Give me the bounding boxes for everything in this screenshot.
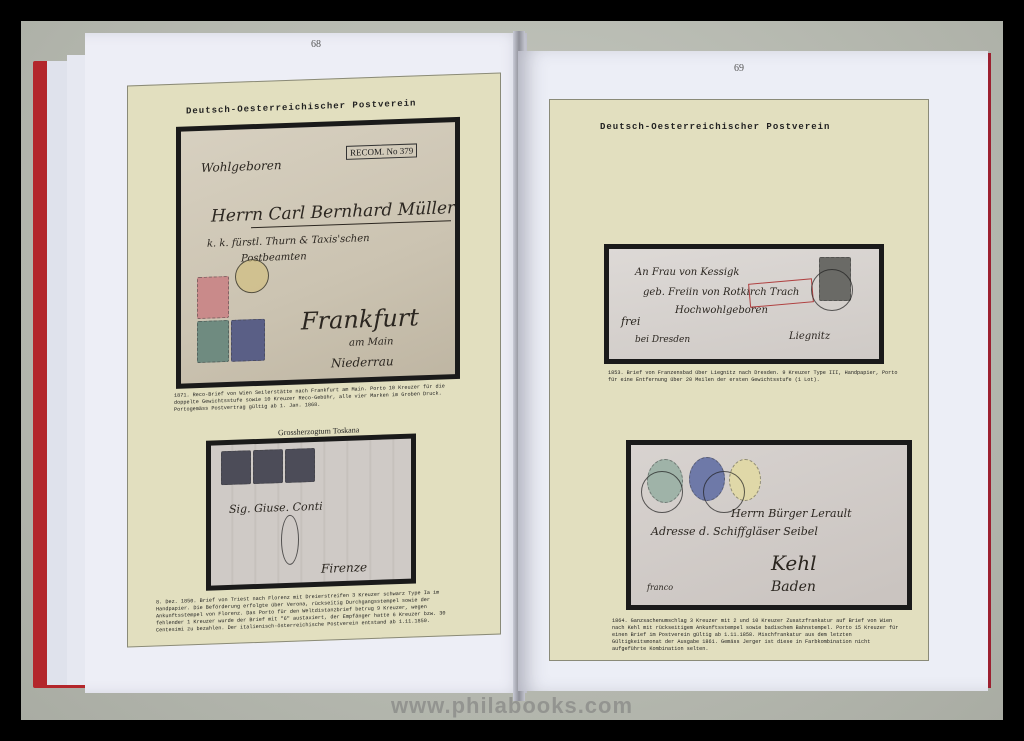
album-sheet-left: Deutsch-Oesterreichischer Postverein REC…	[127, 72, 501, 647]
address-line: franco	[647, 583, 673, 592]
address-line: Baden	[771, 579, 816, 595]
folded-letter: Sig. Giuse. Conti Firenze	[211, 439, 411, 586]
page-number: 69	[734, 63, 744, 74]
red-frame-cancel	[748, 278, 814, 307]
cover-frame: RECOM. No 379 Wohlgeboren Herrn Carl Ber…	[176, 117, 460, 389]
recom-label: RECOM. No 379	[346, 143, 417, 159]
address-line: Niederrau	[331, 354, 394, 370]
postmark	[641, 471, 683, 513]
address-line: Herrn Bürger Lerault	[731, 507, 852, 520]
sheet-title: Deutsch-Oesterreichischer Postverein	[600, 122, 830, 132]
sheet-title: Deutsch-Oesterreichischer Postverein	[186, 98, 416, 116]
postmark	[235, 259, 269, 294]
address-line: An Frau von Kessigk	[635, 267, 739, 278]
caption: 8. Dez. 1850. Brief von Triest nach Flor…	[156, 589, 446, 634]
stamp-black	[253, 449, 283, 484]
cover-frame: Herrn Bürger Lerault Adresse d. Schiffgl…	[626, 440, 912, 610]
address-line: am Main	[349, 336, 393, 349]
postmark	[811, 269, 853, 311]
address-line: Kehl	[771, 551, 817, 575]
letter-cover: An Frau von Kessigk geb. Freiin von Rotk…	[609, 249, 879, 359]
album-sheet-right: Deutsch-Oesterreichischer Postverein An …	[549, 99, 929, 661]
address-line: Frankfurt	[301, 303, 419, 335]
address-line: frei	[621, 315, 640, 328]
address-line: bei Dresden	[635, 335, 690, 345]
cover-frame: An Frau von Kessigk geb. Freiin von Rotk…	[604, 244, 884, 364]
address-line: Liegnitz	[789, 331, 830, 342]
address-line: Firenze	[321, 560, 367, 576]
stamp-green	[197, 320, 229, 363]
registered-cover: RECOM. No 379 Wohlgeboren Herrn Carl Ber…	[181, 122, 455, 384]
address-line: Wohlgeboren	[201, 158, 282, 175]
address-line: k. k. fürstl. Thurn & Taxis'schen	[207, 233, 370, 250]
address-line: Sig. Giuse. Conti	[229, 500, 323, 516]
postal-stationery-cover: Herrn Bürger Lerault Adresse d. Schiffgl…	[631, 445, 907, 605]
stamp-black	[221, 450, 251, 485]
caption: 1853. Brief von Franzensbad über Liegnit…	[608, 370, 898, 384]
caption: 1864. Ganzsachenumschlag 3 Kreuzer mit 2…	[612, 618, 904, 653]
stamp-black	[285, 448, 315, 483]
manuscript-mark	[281, 515, 299, 566]
stamp-red	[197, 276, 229, 319]
cover-frame: Sig. Giuse. Conti Firenze	[206, 433, 416, 590]
address-line: Adresse d. Schiffgläser Seibel	[651, 525, 818, 538]
watermark: www.philabooks.com	[21, 693, 1003, 719]
stamp-blue	[231, 319, 265, 362]
page-number: 68	[311, 39, 321, 50]
photo: 68 Deutsch-Oesterreichischer Postverein …	[21, 21, 1003, 720]
